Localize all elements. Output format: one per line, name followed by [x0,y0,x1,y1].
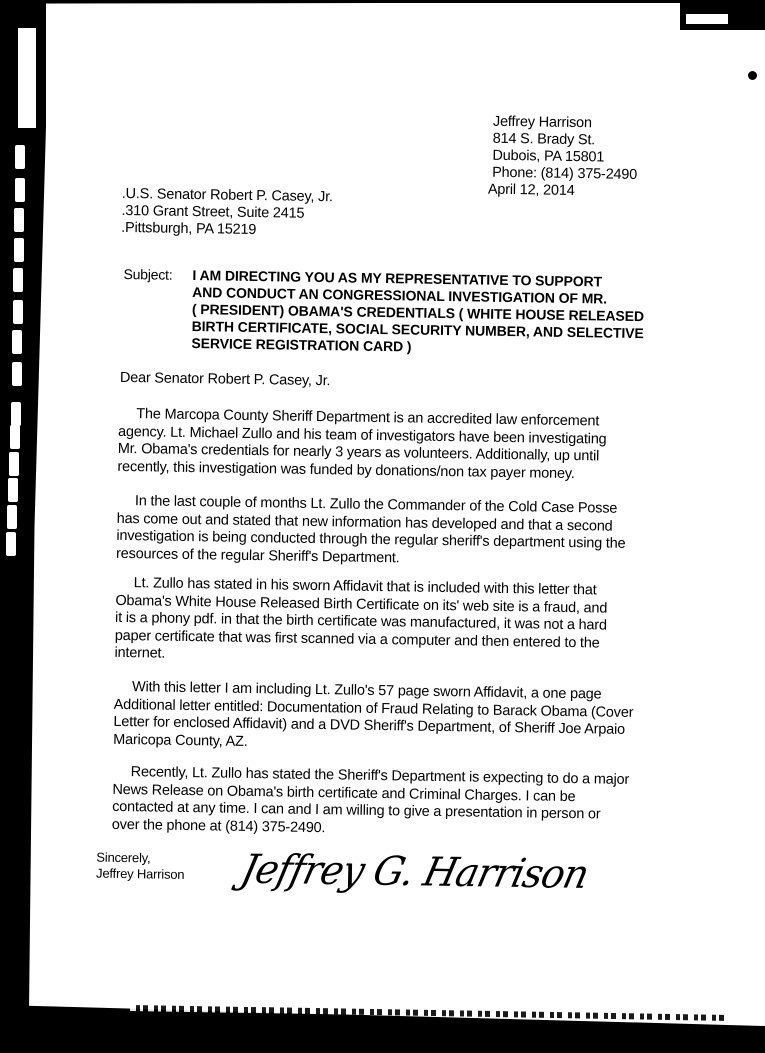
body-paragraph: In the last couple of months Lt. Zullo t… [116,493,707,572]
signer-name: Jeffrey Harrison [96,866,185,883]
letter-date: April 12, 2014 [488,182,637,201]
subject-label: Subject: [123,266,172,284]
letter: Jeffrey Harrison 814 S. Brady St. Dubois… [0,0,765,1053]
body-paragraph: Lt. Zullo has stated in his sworn Affida… [114,575,705,672]
greeting: Dear Senator Robert P. Casey, Jr. [120,370,331,390]
recipient-city: .Pittsburgh, PA 15219 [121,220,332,240]
sender-address-block: Jeffrey Harrison 814 S. Brady St. Dubois… [492,114,638,201]
subject-text: I AM DIRECTING YOU AS MY REPRESENTATIVE … [191,267,644,359]
closing-block: Sincerely, Jeffrey Harrison [96,850,185,883]
handwritten-signature: Jeffrey G. Harrison [237,845,593,899]
recipient-address-block: .U.S. Senator Robert P. Casey, Jr. .310 … [121,186,333,240]
valediction: Sincerely, [96,850,185,867]
body-paragraph: With this letter I am including Lt. Zull… [113,679,704,758]
body-paragraph: The Marcopa County Sheriff Department is… [117,406,708,485]
body-paragraph: Recently, Lt. Zullo has stated the Sheri… [112,764,703,843]
